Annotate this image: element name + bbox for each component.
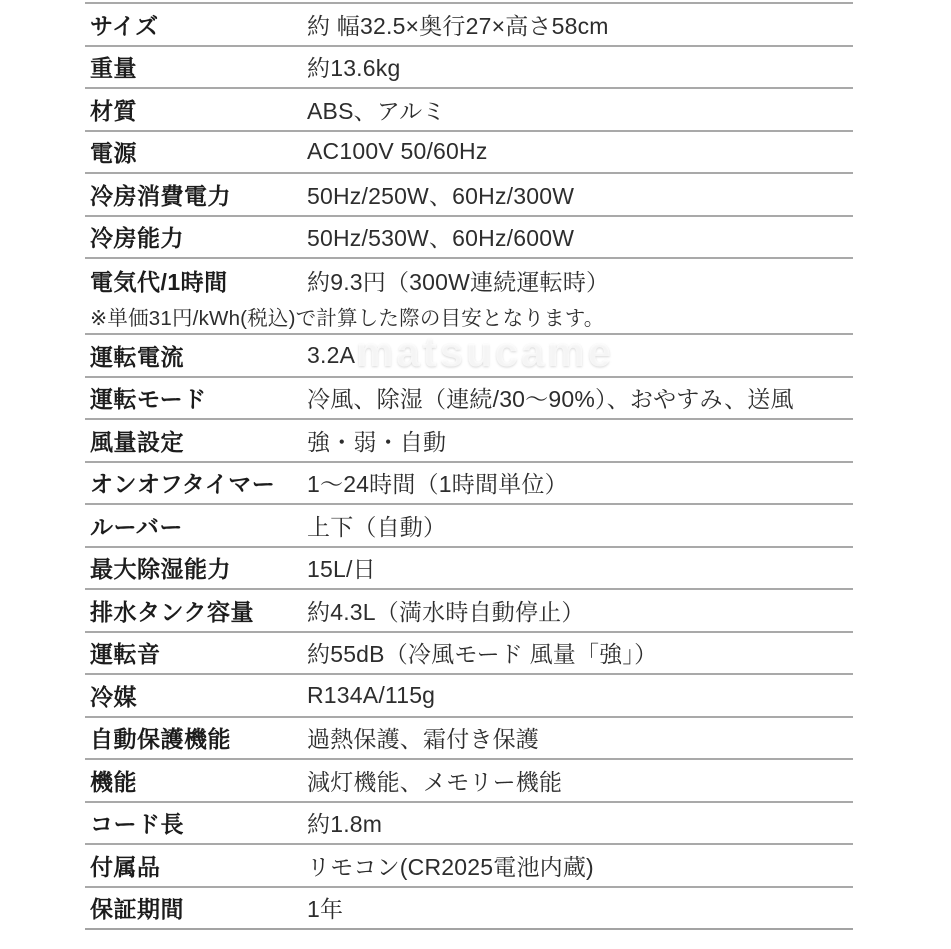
spec-label: 重量 bbox=[85, 50, 307, 83]
spec-value: 約55dB（冷風モード 風量「強」） bbox=[307, 636, 853, 669]
spec-label: 運転音 bbox=[85, 636, 307, 669]
spec-row-operating-current: 運転電流 3.2A bbox=[85, 333, 853, 376]
spec-value: 50Hz/530W、60Hz/600W bbox=[307, 220, 853, 253]
spec-value: 減灯機能、メモリー機能 bbox=[307, 764, 853, 797]
spec-value: 冷風、除湿（連続/30〜90%）、おやすみ、送風 bbox=[307, 381, 853, 414]
spec-row-functions: 機能 減灯機能、メモリー機能 bbox=[85, 758, 853, 801]
spec-row-size: サイズ 約 幅32.5×奥行27×高さ58cm bbox=[85, 2, 853, 45]
spec-row-material: 材質 ABS、アルミ bbox=[85, 87, 853, 130]
spec-value: R134A/115g bbox=[307, 682, 853, 709]
spec-row-warranty: 保証期間 1年 bbox=[85, 886, 853, 929]
spec-label: サイズ bbox=[85, 8, 307, 41]
spec-value: 15L/日 bbox=[307, 551, 853, 584]
spec-row-main: 電気代/1時間 約9.3円（300W連続運転時） bbox=[85, 259, 853, 301]
spec-label: 付属品 bbox=[85, 849, 307, 882]
spec-value: 3.2A bbox=[307, 342, 853, 369]
spec-value: 過熱保護、霜付き保護 bbox=[307, 721, 853, 754]
spec-label: 材質 bbox=[85, 93, 307, 126]
spec-value: 上下（自動） bbox=[307, 509, 853, 542]
spec-label: 冷房能力 bbox=[85, 220, 307, 253]
spec-sheet-page: サイズ 約 幅32.5×奥行27×高さ58cm 重量 約13.6kg 材質 AB… bbox=[0, 0, 951, 949]
spec-row-louver: ルーバー 上下（自動） bbox=[85, 503, 853, 546]
spec-label: 最大除湿能力 bbox=[85, 551, 307, 584]
product-spec-table: サイズ 約 幅32.5×奥行27×高さ58cm 重量 約13.6kg 材質 AB… bbox=[85, 2, 853, 930]
spec-row-fan-speed: 風量設定 強・弱・自動 bbox=[85, 418, 853, 461]
spec-label: 冷房消費電力 bbox=[85, 178, 307, 211]
spec-row-max-dehumidify: 最大除湿能力 15L/日 bbox=[85, 546, 853, 589]
spec-label: 運転モード bbox=[85, 381, 307, 414]
spec-label: 電気代/1時間 bbox=[85, 264, 307, 297]
spec-row-cooling-capacity: 冷房能力 50Hz/530W、60Hz/600W bbox=[85, 215, 853, 258]
spec-label: 風量設定 bbox=[85, 424, 307, 457]
spec-label: 保証期間 bbox=[85, 891, 307, 924]
spec-value: 50Hz/250W、60Hz/300W bbox=[307, 178, 853, 211]
spec-value: 約9.3円（300W連続運転時） bbox=[307, 264, 853, 297]
spec-label: コード長 bbox=[85, 806, 307, 839]
spec-row-cord-length: コード長 約1.8m bbox=[85, 801, 853, 844]
spec-value: AC100V 50/60Hz bbox=[307, 138, 853, 165]
spec-row-noise-level: 運転音 約55dB（冷風モード 風量「強」） bbox=[85, 631, 853, 674]
spec-label: オンオフタイマー bbox=[85, 466, 307, 499]
spec-row-cooling-power-consumption: 冷房消費電力 50Hz/250W、60Hz/300W bbox=[85, 172, 853, 215]
spec-value: ABS、アルミ bbox=[307, 93, 853, 126]
spec-label: ルーバー bbox=[85, 509, 307, 542]
spec-value: 約 幅32.5×奥行27×高さ58cm bbox=[307, 8, 853, 41]
spec-row-timer: オンオフタイマー 1〜24時間（1時間単位） bbox=[85, 461, 853, 504]
spec-label: 機能 bbox=[85, 764, 307, 797]
spec-value: 約13.6kg bbox=[307, 50, 853, 83]
spec-value: 強・弱・自動 bbox=[307, 424, 853, 457]
spec-row-weight: 重量 約13.6kg bbox=[85, 45, 853, 88]
spec-label: 排水タンク容量 bbox=[85, 594, 307, 627]
spec-note: ※単価31円/kWh(税込)で計算した際の目安となります。 bbox=[85, 301, 853, 331]
spec-value: 約1.8m bbox=[307, 806, 853, 839]
spec-label: 電源 bbox=[85, 135, 307, 168]
spec-row-power-source: 電源 AC100V 50/60Hz bbox=[85, 130, 853, 173]
spec-value: 1〜24時間（1時間単位） bbox=[307, 466, 853, 499]
spec-label: 運転電流 bbox=[85, 339, 307, 372]
spec-value: リモコン(CR2025電池内蔵) bbox=[307, 849, 853, 882]
spec-row-refrigerant: 冷媒 R134A/115g bbox=[85, 673, 853, 716]
spec-row-tank-capacity: 排水タンク容量 約4.3L（満水時自動停止） bbox=[85, 588, 853, 631]
spec-value: 約4.3L（満水時自動停止） bbox=[307, 594, 853, 627]
spec-label: 自動保護機能 bbox=[85, 721, 307, 754]
spec-value: 1年 bbox=[307, 891, 853, 924]
spec-row-operation-modes: 運転モード 冷風、除湿（連続/30〜90%）、おやすみ、送風 bbox=[85, 376, 853, 419]
spec-row-electricity-cost: 電気代/1時間 約9.3円（300W連続運転時） ※単価31円/kWh(税込)で… bbox=[85, 257, 853, 333]
spec-label: 冷媒 bbox=[85, 679, 307, 712]
spec-row-auto-protection: 自動保護機能 過熱保護、霜付き保護 bbox=[85, 716, 853, 759]
spec-row-accessories: 付属品 リモコン(CR2025電池内蔵) bbox=[85, 843, 853, 886]
